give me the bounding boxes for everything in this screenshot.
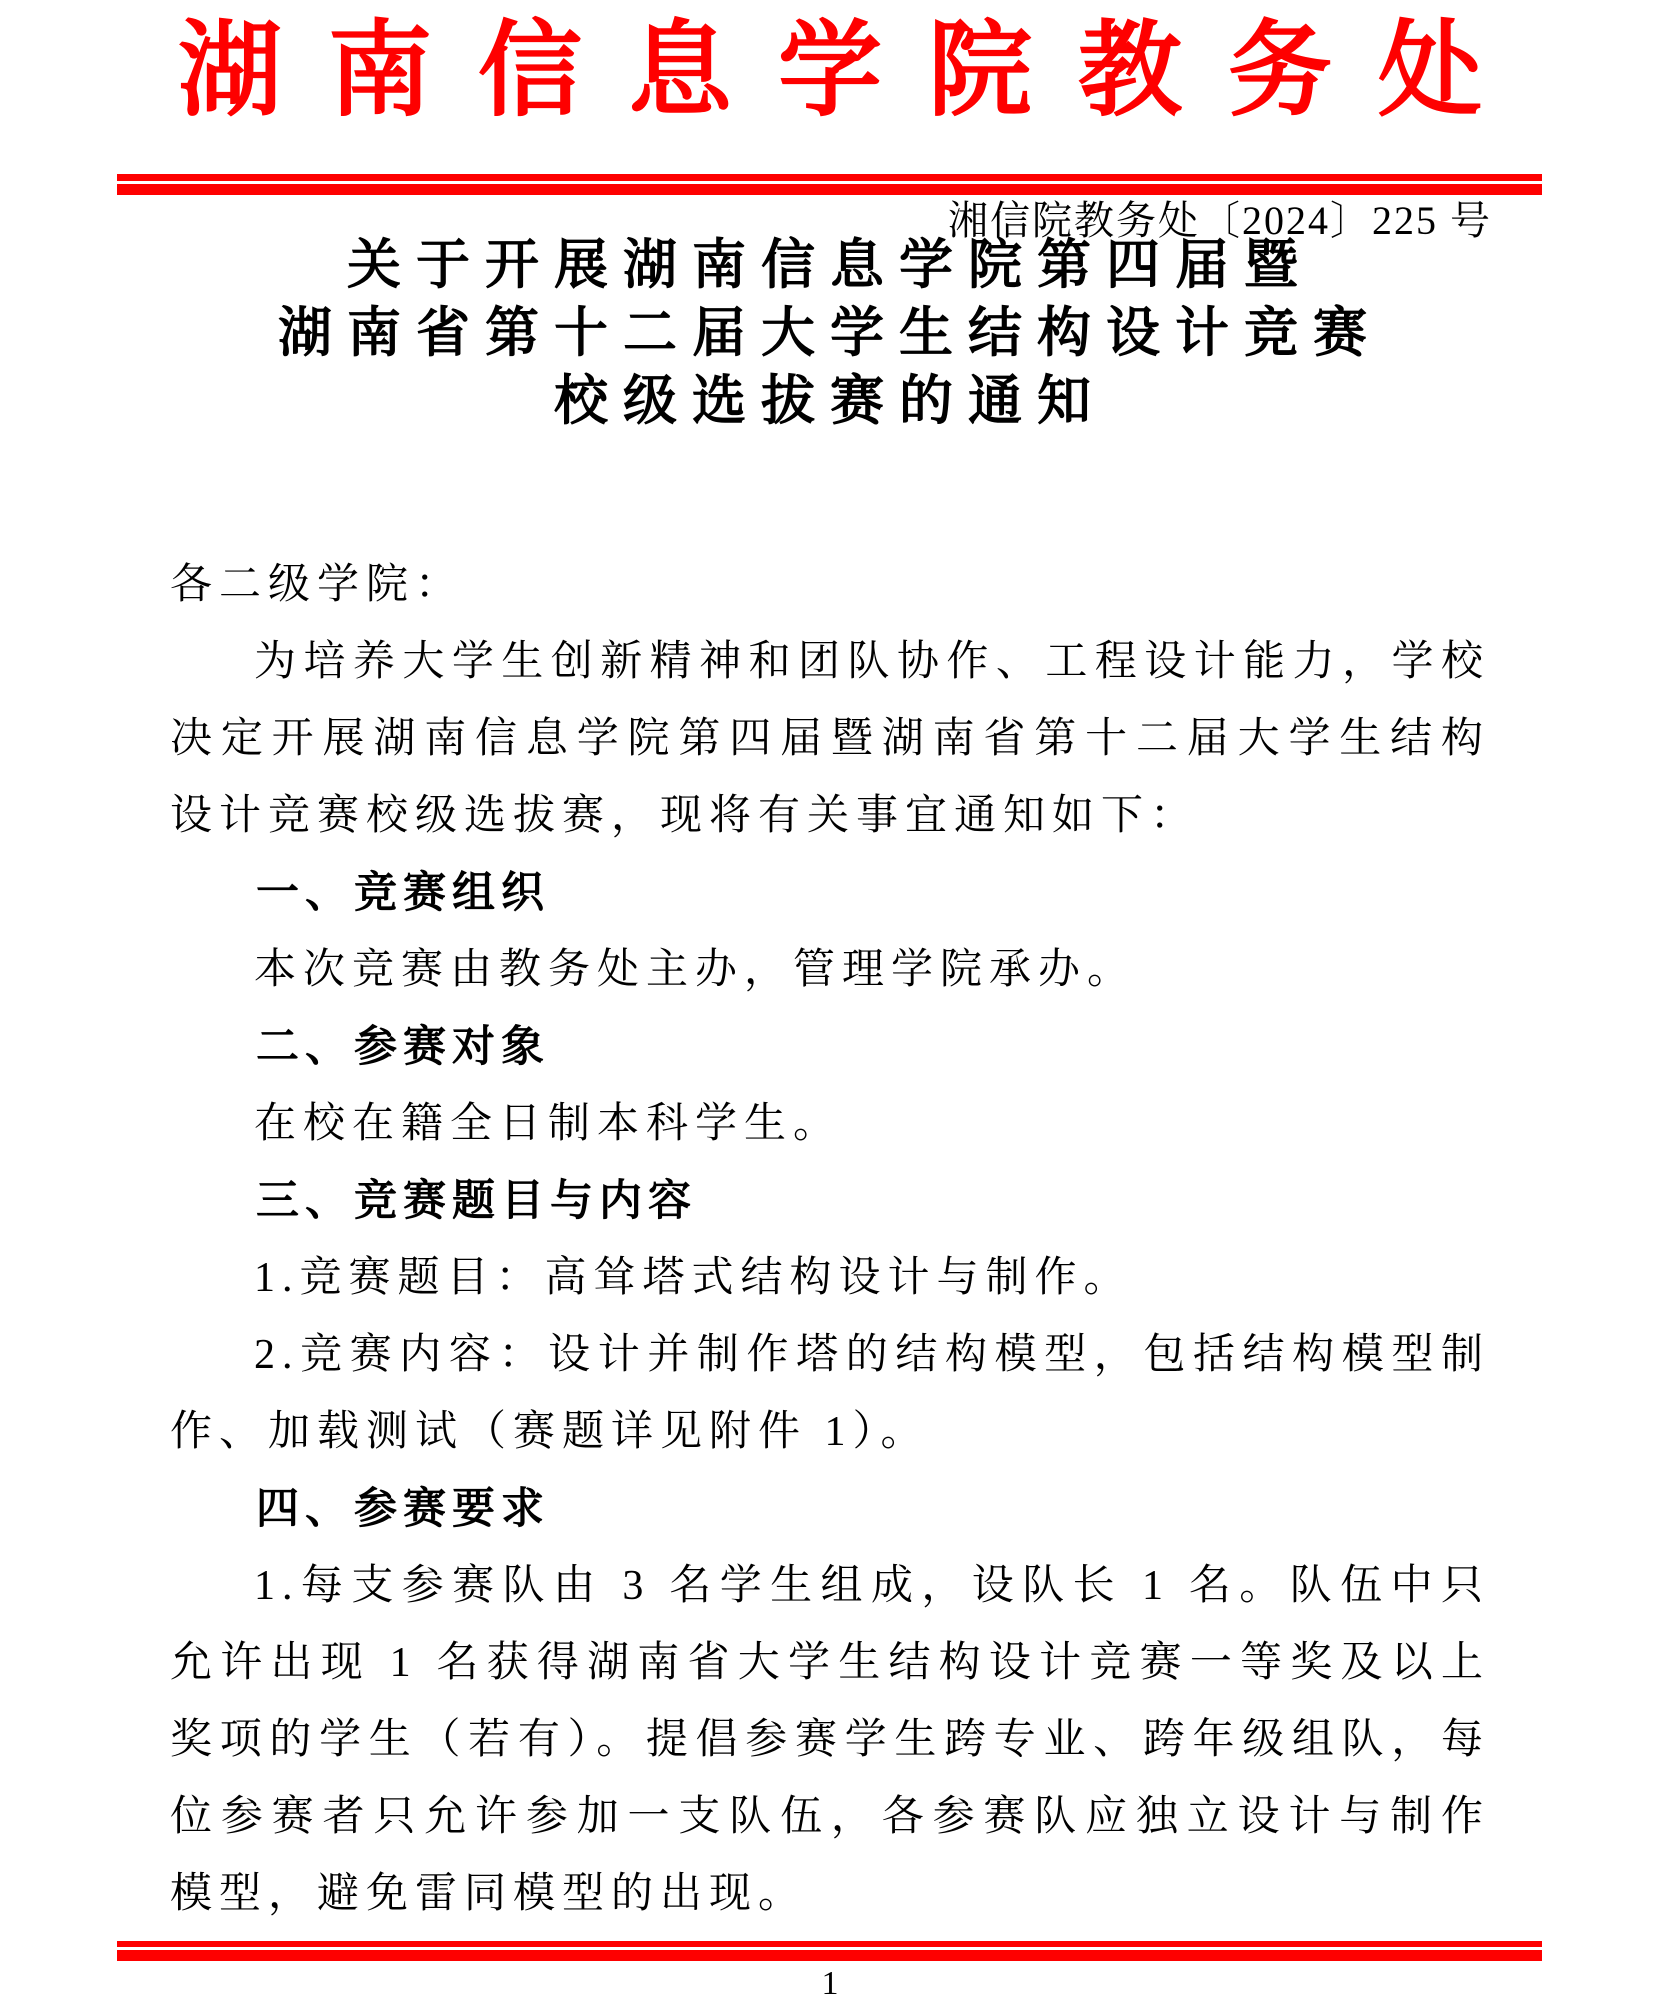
body-paragraph: 2.竞赛内容：设计并制作塔的结构模型，包括结构模型制作、加载测试（赛题详见附件 … [170,1317,1490,1471]
section-heading: 二、参赛对象 [170,1009,1490,1086]
body-paragraph: 1.竞赛题目：高耸塔式结构设计与制作。 [170,1240,1490,1317]
section-heading: 一、竞赛组织 [170,855,1490,932]
section-heading: 四、参赛要求 [170,1471,1490,1548]
footer-rule-thick [117,1950,1542,1961]
notice-title: 关于开展湖南信息学院第四届暨 湖南省第十二届大学生结构设计竞赛 校级选拔赛的通知 [170,231,1490,435]
body-paragraph: 1.每支参赛队由 3 名学生组成，设队长 1 名。队伍中只允许出现 1 名获得湖… [170,1548,1490,1933]
notice-title-line-3: 校级选拔赛的通知 [170,367,1490,435]
footer-rule-thin [117,1941,1542,1947]
document-page: 湖南信息学院教务处 湘信院教务处〔2024〕225 号 关于开展湖南信息学院第四… [0,0,1654,2010]
body-paragraph: 为培养大学生创新精神和团队协作、工程设计能力，学校决定开展湖南信息学院第四届暨湖… [170,624,1490,855]
document-body: 各二级学院：为培养大学生创新精神和团队协作、工程设计能力，学校决定开展湖南信息学… [170,547,1490,1933]
body-paragraph: 本次竞赛由教务处主办，管理学院承办。 [170,932,1490,1009]
notice-title-line-2: 湖南省第十二届大学生结构设计竞赛 [170,299,1490,367]
page-number: 1 [170,1964,1490,2004]
body-paragraph: 在校在籍全日制本科学生。 [170,1086,1490,1163]
notice-title-line-1: 关于开展湖南信息学院第四届暨 [170,231,1490,299]
salutation: 各二级学院： [170,547,1490,624]
header-rule-thick [117,184,1542,195]
agency-masthead-title: 湖南信息学院教务处 [178,2,1482,142]
header-rule-thin [117,174,1542,181]
section-heading: 三、竞赛题目与内容 [170,1163,1490,1240]
